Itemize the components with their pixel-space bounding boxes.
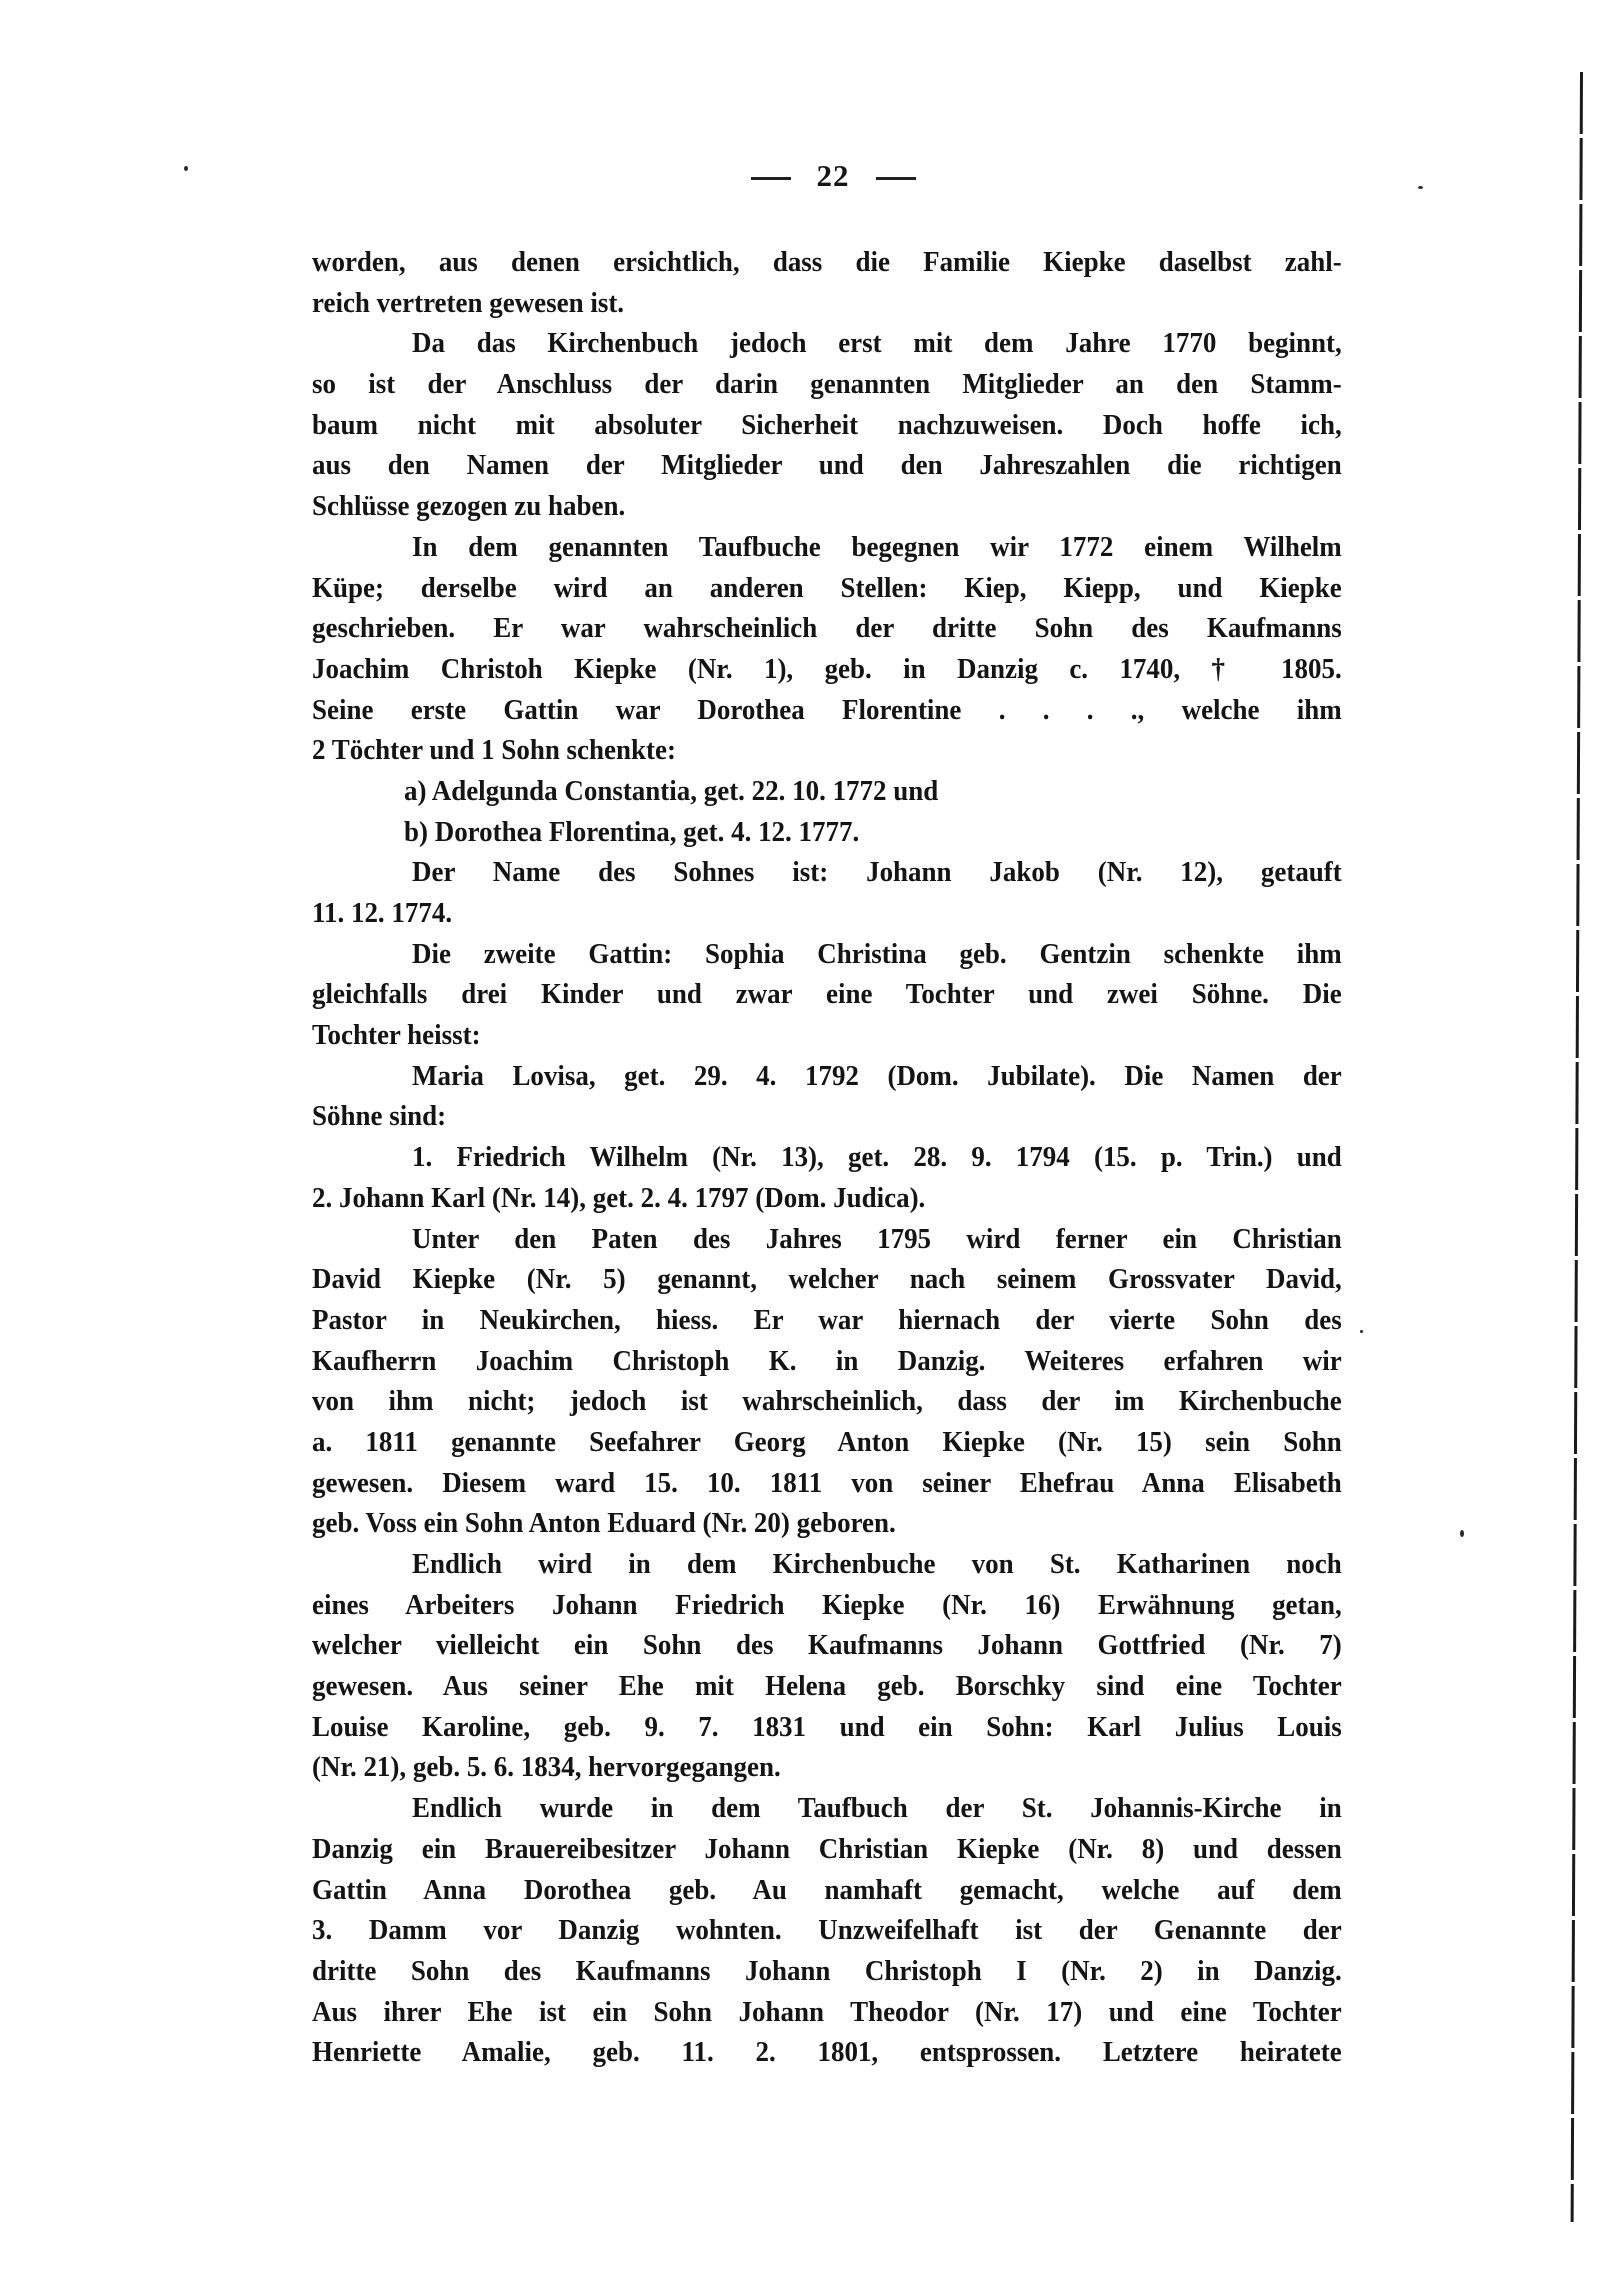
text-line: Henriette Amalie, geb. 11. 2. 1801, ents… xyxy=(312,2032,1342,2073)
scan-speck xyxy=(1360,1330,1363,1333)
paragraph: Maria Lovisa, get. 29. 4. 1792 (Dom. Jub… xyxy=(312,1056,1342,1137)
text-line-content: Pastor in Neukirchen, hiess. Er war hier… xyxy=(312,1300,1342,1341)
text-line-content: Joachim Christoh Kiepke (Nr. 1), geb. in… xyxy=(312,649,1342,690)
text-line: eines Arbeiters Johann Friedrich Kiepke … xyxy=(312,1585,1342,1626)
text-line-content: Danzig ein Brauereibesitzer Johann Chris… xyxy=(312,1829,1342,1870)
text-line-content: Henriette Amalie, geb. 11. 2. 1801, ents… xyxy=(312,2032,1342,2073)
text-line: b) Dorothea Florentina, get. 4. 12. 1777… xyxy=(312,812,1342,853)
text-line: Danzig ein Brauereibesitzer Johann Chris… xyxy=(312,1829,1342,1870)
page-number-dash-right xyxy=(876,177,916,180)
text-line-content: Seine erste Gattin war Dorothea Florenti… xyxy=(312,690,1342,731)
paragraph: In dem genannten Taufbuche begegnen wir … xyxy=(312,527,1342,771)
page-number: 22 xyxy=(0,158,1600,194)
text-line: Louise Karoline, geb. 9. 7. 1831 und ein… xyxy=(312,1707,1342,1748)
text-line-content: reich vertreten gewesen ist. xyxy=(312,283,1270,324)
text-line: 1. Friedrich Wilhelm (Nr. 13), get. 28. … xyxy=(312,1137,1342,1178)
text-line-content: Söhne sind: xyxy=(312,1096,1270,1137)
body-text: worden, aus denen ersichtlich, dass die … xyxy=(312,242,1342,2073)
page-number-dash-left xyxy=(751,177,791,180)
text-line: Der Name des Sohnes ist: Johann Jakob (N… xyxy=(312,852,1342,893)
text-line-content: dritte Sohn des Kaufmanns Johann Christo… xyxy=(312,1951,1342,1992)
text-line-content: 11. 12. 1774. xyxy=(312,893,1270,934)
text-line: Schlüsse gezogen zu haben. xyxy=(312,486,1342,527)
text-line: geschrieben. Er war wahrscheinlich der d… xyxy=(312,608,1342,649)
text-line-content: Da das Kirchenbuch jedoch erst mit dem J… xyxy=(412,323,1342,364)
text-line: (Nr. 21), geb. 5. 6. 1834, hervorgegange… xyxy=(312,1747,1342,1788)
text-line-content: 2. Johann Karl (Nr. 14), get. 2. 4. 1797… xyxy=(312,1178,1270,1219)
text-line: Unter den Paten des Jahres 1795 wird fer… xyxy=(312,1219,1342,1260)
text-line-content: welcher vielleicht ein Sohn des Kaufmann… xyxy=(312,1625,1342,1666)
text-line: 3. Damm vor Danzig wohnten. Unzweifelhaf… xyxy=(312,1910,1342,1951)
text-line-content: Schlüsse gezogen zu haben. xyxy=(312,486,1270,527)
text-line-content: von ihm nicht; jedoch ist wahrscheinlich… xyxy=(312,1381,1342,1422)
scan-edge-rule xyxy=(1571,72,1583,2222)
text-line-content: gewesen. Aus seiner Ehe mit Helena geb. … xyxy=(312,1666,1342,1707)
text-line-content: Louise Karoline, geb. 9. 7. 1831 und ein… xyxy=(312,1707,1342,1748)
text-line-content: Unter den Paten des Jahres 1795 wird fer… xyxy=(412,1219,1342,1260)
text-line-content: worden, aus denen ersichtlich, dass die … xyxy=(312,242,1342,283)
text-line: Endlich wird in dem Kirchenbuche von St.… xyxy=(312,1544,1342,1585)
text-line: Pastor in Neukirchen, hiess. Er war hier… xyxy=(312,1300,1342,1341)
text-line: In dem genannten Taufbuche begegnen wir … xyxy=(312,527,1342,568)
scan-speck xyxy=(184,166,188,171)
paragraph: 1. Friedrich Wilhelm (Nr. 13), get. 28. … xyxy=(312,1137,1342,1218)
text-line: Seine erste Gattin war Dorothea Florenti… xyxy=(312,690,1342,731)
text-line: gleichfalls drei Kinder und zwar eine To… xyxy=(312,974,1342,1015)
text-line-content: Maria Lovisa, get. 29. 4. 1792 (Dom. Jub… xyxy=(412,1056,1342,1097)
text-line: a) Adelgunda Constantia, get. 22. 10. 17… xyxy=(312,771,1342,812)
text-line-content: so ist der Anschluss der darin genannten… xyxy=(312,364,1342,405)
text-line-content: 1. Friedrich Wilhelm (Nr. 13), get. 28. … xyxy=(412,1137,1342,1178)
text-line-content: Endlich wird in dem Kirchenbuche von St.… xyxy=(412,1544,1342,1585)
text-line: Kaufherrn Joachim Christoph K. in Danzig… xyxy=(312,1341,1342,1382)
text-line-content: (Nr. 21), geb. 5. 6. 1834, hervorgegange… xyxy=(312,1747,1270,1788)
scan-speck xyxy=(1418,186,1423,189)
text-line: dritte Sohn des Kaufmanns Johann Christo… xyxy=(312,1951,1342,1992)
text-line: 11. 12. 1774. xyxy=(312,893,1342,934)
text-line-content: Küpe; derselbe wird an anderen Stellen: … xyxy=(312,568,1342,609)
paragraph: Endlich wurde in dem Taufbuch der St. Jo… xyxy=(312,1788,1342,2073)
text-line-content: baum nicht mit absoluter Sicherheit nach… xyxy=(312,405,1342,446)
text-line: Maria Lovisa, get. 29. 4. 1792 (Dom. Jub… xyxy=(312,1056,1342,1097)
text-line-content: Der Name des Sohnes ist: Johann Jakob (N… xyxy=(412,852,1342,893)
text-line-content: 2 Töchter und 1 Sohn schenkte: xyxy=(312,730,1270,771)
text-line: von ihm nicht; jedoch ist wahrscheinlich… xyxy=(312,1381,1342,1422)
text-line-content: eines Arbeiters Johann Friedrich Kiepke … xyxy=(312,1585,1342,1626)
text-line: Endlich wurde in dem Taufbuch der St. Jo… xyxy=(312,1788,1342,1829)
text-line-content: Kaufherrn Joachim Christoph K. in Danzig… xyxy=(312,1341,1342,1382)
text-line-content: gleichfalls drei Kinder und zwar eine To… xyxy=(312,974,1342,1015)
text-line: welcher vielleicht ein Sohn des Kaufmann… xyxy=(312,1625,1342,1666)
paragraph: Der Name des Sohnes ist: Johann Jakob (N… xyxy=(312,852,1342,933)
text-line: Küpe; derselbe wird an anderen Stellen: … xyxy=(312,568,1342,609)
paragraph: Da das Kirchenbuch jedoch erst mit dem J… xyxy=(312,323,1342,526)
text-line: Tochter heisst: xyxy=(312,1015,1342,1056)
text-line: Die zweite Gattin: Sophia Christina geb.… xyxy=(312,934,1342,975)
text-line-content: Endlich wurde in dem Taufbuch der St. Jo… xyxy=(412,1788,1342,1829)
paragraph: a) Adelgunda Constantia, get. 22. 10. 17… xyxy=(312,771,1342,812)
text-line: Joachim Christoh Kiepke (Nr. 1), geb. in… xyxy=(312,649,1342,690)
text-line-content: aus den Namen der Mitglieder und den Jah… xyxy=(312,445,1342,486)
text-line: Aus ihrer Ehe ist ein Sohn Johann Theodo… xyxy=(312,1992,1342,2033)
text-line: 2. Johann Karl (Nr. 14), get. 2. 4. 1797… xyxy=(312,1178,1342,1219)
paragraph: Unter den Paten des Jahres 1795 wird fer… xyxy=(312,1219,1342,1545)
paragraph: Endlich wird in dem Kirchenbuche von St.… xyxy=(312,1544,1342,1788)
text-line-content: In dem genannten Taufbuche begegnen wir … xyxy=(412,527,1342,568)
text-line: Gattin Anna Dorothea geb. Au namhaft gem… xyxy=(312,1870,1342,1911)
text-line: aus den Namen der Mitglieder und den Jah… xyxy=(312,445,1342,486)
text-line-content: 3. Damm vor Danzig wohnten. Unzweifelhaf… xyxy=(312,1910,1342,1951)
text-line: 2 Töchter und 1 Sohn schenkte: xyxy=(312,730,1342,771)
scan-speck xyxy=(1460,1530,1464,1537)
text-line-content: a. 1811 genannte Seefahrer Georg Anton K… xyxy=(312,1422,1342,1463)
text-line-content: a) Adelgunda Constantia, get. 22. 10. 17… xyxy=(404,771,1276,812)
text-line-content: Die zweite Gattin: Sophia Christina geb.… xyxy=(412,934,1342,975)
text-line-content: David Kiepke (Nr. 5) genannt, welcher na… xyxy=(312,1259,1342,1300)
page-number-value: 22 xyxy=(817,158,850,193)
text-line: gewesen. Diesem ward 15. 10. 1811 von se… xyxy=(312,1463,1342,1504)
paragraph: Die zweite Gattin: Sophia Christina geb.… xyxy=(312,934,1342,1056)
text-line: gewesen. Aus seiner Ehe mit Helena geb. … xyxy=(312,1666,1342,1707)
text-line: so ist der Anschluss der darin genannten… xyxy=(312,364,1342,405)
text-line: geb. Voss ein Sohn Anton Eduard (Nr. 20)… xyxy=(312,1503,1342,1544)
text-line-content: b) Dorothea Florentina, get. 4. 12. 1777… xyxy=(404,812,1276,853)
text-line-content: Tochter heisst: xyxy=(312,1015,1270,1056)
paragraph: b) Dorothea Florentina, get. 4. 12. 1777… xyxy=(312,812,1342,853)
text-line: baum nicht mit absoluter Sicherheit nach… xyxy=(312,405,1342,446)
text-line: reich vertreten gewesen ist. xyxy=(312,283,1342,324)
text-line-content: geschrieben. Er war wahrscheinlich der d… xyxy=(312,608,1342,649)
text-line-content: gewesen. Diesem ward 15. 10. 1811 von se… xyxy=(312,1463,1342,1504)
text-line: Da das Kirchenbuch jedoch erst mit dem J… xyxy=(312,323,1342,364)
text-line-content: geb. Voss ein Sohn Anton Eduard (Nr. 20)… xyxy=(312,1503,1270,1544)
paragraph: worden, aus denen ersichtlich, dass die … xyxy=(312,242,1342,323)
text-line: Söhne sind: xyxy=(312,1096,1342,1137)
text-line-content: Gattin Anna Dorothea geb. Au namhaft gem… xyxy=(312,1870,1342,1911)
text-line-content: Aus ihrer Ehe ist ein Sohn Johann Theodo… xyxy=(312,1992,1342,2033)
text-line: worden, aus denen ersichtlich, dass die … xyxy=(312,242,1342,283)
text-line: a. 1811 genannte Seefahrer Georg Anton K… xyxy=(312,1422,1342,1463)
text-line: David Kiepke (Nr. 5) genannt, welcher na… xyxy=(312,1259,1342,1300)
